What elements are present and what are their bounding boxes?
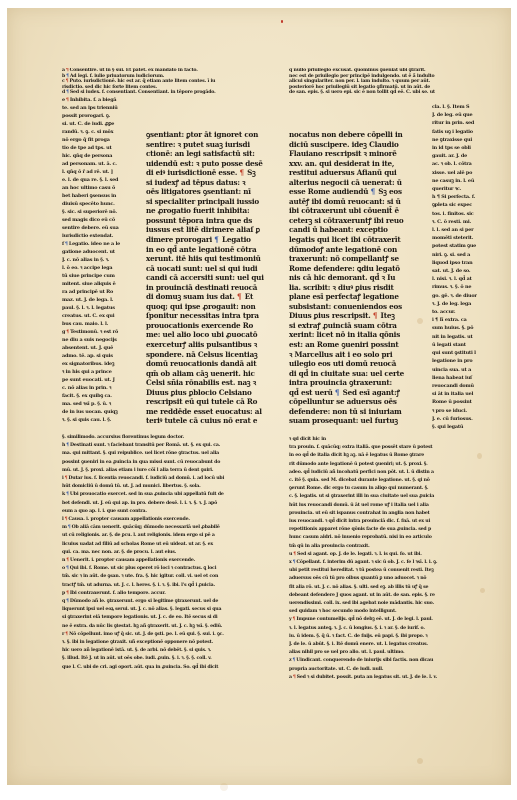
text-line: subsistant: conueniendos eos	[289, 302, 431, 312]
text-line: exerceturꝭ aliis pulsantibus ꝛ	[146, 340, 286, 350]
blue-paragraph-mark-icon: ¶	[66, 598, 69, 606]
red-paragraph-mark-icon: ¶	[239, 168, 243, 178]
text-line: facit. §. ex quibꝯ ca.	[62, 392, 120, 400]
text-line: nocatus non debere cōpelli in	[289, 130, 431, 140]
text-line: alterius negocii cā uenerat: ū	[289, 178, 431, 188]
text-line: in prouinciā destinati reuocā	[146, 283, 286, 293]
text-line: f¶Legatio. ideo ne a le	[62, 240, 120, 248]
text-line: c. itē §. quia. sed M. dicebat durante l…	[289, 477, 477, 485]
text-line: iu. ū idem. §. q̄ ū. ꝛ fact. C. de fnijs…	[289, 633, 477, 641]
main-text-column-2: nocatus non debere cōpelli indiciū susci…	[289, 130, 431, 426]
text-line: possunt tēpora intra que ds	[146, 216, 286, 226]
text-line: in eo qd̄ ante legationē cōtra	[146, 245, 286, 255]
text-line: ceterꝫ si cōtraxeruntꝭ ibi reuo	[289, 216, 431, 226]
blue-paragraph-mark-icon: ¶	[66, 565, 69, 573]
blue-paragraph-mark-icon: ¶	[68, 524, 71, 532]
text-line: creatus. ut. C. ex qui	[62, 312, 120, 320]
text-line: ꝛ. §. ibi in legatione ꝯtraxit. uñ excep…	[62, 639, 276, 647]
text-line: ne ꝓrogatio fuerit inhibita:	[146, 206, 286, 216]
text-line: h ¶ Si perfecta. f.	[432, 193, 477, 201]
red-paragraph-mark-icon: ¶	[65, 475, 68, 483]
text-line: qui. ca. ma. nec non. ar. §. de procu. l…	[62, 549, 276, 557]
text-line: e. l. de qua re. §. l. sed	[62, 176, 120, 184]
text-line: i ¶ Iī extra. ca	[432, 316, 477, 324]
text-line: candi ū habeant: exceptio	[289, 225, 431, 235]
foxing-stain	[477, 453, 482, 459]
text-line: admo. tē. ap. si quis	[62, 352, 120, 360]
text-line: reuocandi domū	[432, 382, 477, 390]
text-line: licuius uadat ad filiū ad scholas Rome u…	[62, 541, 276, 549]
red-paragraph-mark-icon: ¶	[66, 590, 69, 598]
text-line: me reddēde esset euocatus: al	[146, 407, 286, 417]
text-line: tū siue principe cum	[62, 272, 120, 280]
text-line: ꝛ Marcellus ait i eo solo pri	[289, 350, 431, 360]
text-line: tractꝭ tm̄. ut adurna. ut. J. c. l. here…	[62, 582, 276, 590]
text-line: liquod ipso tran	[432, 259, 477, 267]
text-line: paul. §. l. ꝛ. l. legatus	[62, 304, 120, 312]
text-line: c. nō alias in prin. ꝛ	[62, 384, 120, 392]
text-line: cla. l. §. Item S	[432, 103, 477, 111]
text-line: bus cau. maio. l. l.	[62, 320, 120, 328]
text-line: ꝛ. C. ō resti. mi.	[432, 218, 477, 226]
text-line: momēti steterit.	[432, 234, 477, 242]
text-line: queritur ꝛc.	[432, 185, 477, 193]
text-line: diciū suscipere. ideꝫ Claudio	[289, 140, 431, 150]
text-line: ma. qui mittant. §. qui reipublice. uel …	[62, 450, 276, 458]
text-line: di eiꝰ iurisdictionē esse. ¶ Sꝫ	[146, 168, 286, 178]
red-paragraph-mark-icon: ¶	[66, 328, 69, 336]
text-line: domū reuocationis dandā ait	[146, 359, 286, 369]
text-line: plane esī perfectaꝭ legatione	[289, 292, 431, 302]
text-line: hunc casum aldri. nō inuenio reprobatū. …	[289, 534, 477, 542]
text-line: prouocationis exercende Ro	[146, 321, 286, 331]
text-line: xisse. uel alē po	[432, 169, 477, 177]
text-line: ne ꝯtraxisse qui	[432, 136, 477, 144]
text-line: randū. ꝛ. ꝯ. c. si mōx	[62, 128, 120, 136]
text-line: que l. C. ubi de cri. agi oport. aūt. qu…	[62, 664, 276, 672]
text-line: qui sunt ꝯstituti l	[432, 349, 477, 357]
gloss-reference-letter: q	[62, 599, 65, 604]
text-line: hūt ius reuocandi domū. ū āt uel rome uꝭ…	[289, 502, 477, 510]
text-line: niri. ꝯ. si. sed a	[432, 251, 477, 259]
text-line: c. §. legatis. ut si ꝯtraxerint illi in …	[289, 493, 477, 501]
text-line: de in ius uocan. quiqꝫ	[62, 408, 120, 416]
bottom-gloss-left: §. similimodo. accursius florentinus leg…	[62, 434, 276, 672]
text-line: bet haberi ꝯsensus in	[62, 192, 120, 200]
text-line: sat. ut. J. de so.	[432, 267, 477, 275]
text-line: o¶Qui ibi. f. Rome. ut sic plus operet r…	[62, 565, 276, 573]
text-line: cā uocati sunt: uel si qui iudi	[146, 264, 286, 274]
foxing-stain	[480, 588, 485, 593]
text-line: hūt domicliū ū domū tū. ut. J. ad munici…	[62, 483, 276, 491]
text-line: ma. sed ꝛsī p. §. ū. ꝛ	[62, 400, 120, 408]
blue-paragraph-mark-icon: ¶	[66, 442, 69, 450]
text-line: aduersus oēs cū tū pro oibus quantū ꝑ un…	[289, 575, 477, 583]
text-line: uincia sua. ut a	[432, 366, 477, 374]
text-line: l. l. sed an si per	[432, 226, 477, 234]
text-line: tos. i. finitos. sic	[432, 210, 477, 218]
text-line: gatione aduocent. ut	[62, 248, 120, 256]
text-line: J. de le. ū abūt. §. i. Itē domū enere. …	[289, 641, 477, 649]
red-paragraph-mark-icon: ¶	[293, 674, 296, 682]
text-line: J. e. cū furiosus.	[432, 415, 477, 423]
gloss-line: de san. epis. §. si uero epi. sic ē non …	[289, 90, 477, 96]
text-line: si specialiter principali iussio	[146, 197, 286, 207]
text-line: ū legati stant	[432, 341, 477, 349]
text-line: possit prorogari. ꝯ.	[62, 112, 120, 120]
text-line: l. ō eo. ꝛ accipe lega	[62, 264, 120, 272]
red-paragraph-mark-icon: ¶	[237, 292, 241, 302]
text-line: teriꝰ tutele cā cuius nō erat e	[146, 416, 286, 426]
red-paragraph-mark-icon: ¶	[293, 551, 296, 559]
text-line: prouincia. ut eū sit ispanus contrahat i…	[289, 510, 477, 518]
text-line: ibi cōtraxerunt ubi cōuenit̄ ē	[289, 206, 431, 216]
text-line: l. nisi. ꝛ. l. qd̄ at	[432, 275, 477, 283]
text-line: propria auctoritate. ut. C. de iudi. nul…	[289, 666, 477, 674]
text-line: in eo qd̄ de italia dicit hꝫ aꝫ. nā ē le…	[289, 452, 477, 460]
text-line: sum huius. §. pō	[432, 324, 477, 332]
text-line: debeant defendere J quos agant. ut in aū…	[289, 592, 477, 600]
text-line: uilegio eos uti domū reuocā	[289, 359, 431, 369]
red-paragraph-mark-icon: ¶	[65, 631, 68, 639]
text-line: ctionē: an legi satisfactū sit:	[146, 149, 286, 159]
text-line: diuisū specēto hunc.	[62, 200, 120, 208]
text-line: g¶Testimonū. ꝛ est rō	[62, 328, 120, 336]
text-line: potest statim ꝯue	[432, 242, 477, 250]
text-line: si āt in italia uel	[432, 390, 477, 398]
text-line: rimus. ꝛ. §. ō ne	[432, 283, 477, 291]
text-line: xerunt. itē hiis qui testimoniū	[146, 254, 286, 264]
text-line: r¶Nō cōpellunt. imo uꝭ q̄ sic. ut. J. de…	[62, 631, 276, 639]
text-line: liena habeat iuſ	[432, 374, 477, 382]
text-line: tm̄ qū in alia prouincia contraxit.	[289, 543, 477, 551]
text-line: ne diu a suis negocijs	[62, 336, 120, 344]
text-line: tra prouin. f. quācūq; extra italiā. que…	[289, 444, 477, 452]
top-gloss-left: a¶Consentire. ut in § sui. Et patet. ex …	[62, 68, 276, 96]
red-paragraph-mark-icon: ¶	[65, 516, 68, 524]
text-line: sed magis dico eū cō	[62, 216, 120, 224]
text-line: §. illud. Itē J. ut in aūt. ut oēs obe. …	[62, 655, 276, 663]
text-line: traxerunt: nō compellantꝭ se	[289, 254, 431, 264]
text-line: ꝛ. l. legatus anteꝗ. ꝛ. J. c. ū longius.…	[289, 625, 477, 633]
text-line: l¶Causa. i. propter causam appellationis…	[62, 516, 276, 524]
text-line: dūmodoꝭ ante legationē con	[289, 245, 431, 255]
text-line: xerint: licet nō in italia qōnis	[289, 330, 431, 340]
gloss-reference-letter: n	[62, 558, 65, 563]
gloss-reference-letter: u	[289, 552, 292, 557]
text-line: rit dūmodo ante legationē ū potest ꝯueni…	[289, 461, 477, 469]
text-line: an hoc ultimo casu ō	[62, 184, 120, 192]
text-line: iussus est litē dirimere aliaſ ꝑ	[146, 225, 286, 235]
gloss-reference-letter: f	[62, 241, 64, 247]
text-line: adeo. qd̄ iudiciū añ incohatū perfici no…	[289, 469, 477, 477]
text-line: nō ergo q̄ fit proga	[62, 136, 120, 144]
text-line: Flauiano rescripsit ꝛ minorē	[289, 149, 431, 159]
main-text-column-1: ꝯsentiant: ꝑtor āt ignoret consentire: ꝛ…	[146, 130, 286, 426]
red-paragraph-mark-icon: ¶	[293, 616, 296, 624]
text-line: si. ut. C. de iudi. ꝓꝑe	[62, 120, 120, 128]
text-line: ut cū religionis. ar. §. de ꝑcu. l. aut …	[62, 532, 276, 540]
text-line: restitui aduersus Afianū qui	[289, 168, 431, 178]
blue-paragraph-mark-icon: ¶	[65, 240, 68, 248]
text-line: candi cā accersiti sunt: uel qui	[146, 273, 286, 283]
top-gloss-right: q̄ nullo priuilegio excusat. quominus ꝯu…	[289, 68, 477, 96]
text-line: ꝯsentiant: ꝑtor āt ignoret con	[146, 130, 286, 140]
text-line: nis cā hic demorant. qd̄ ꝛ Iu	[289, 273, 431, 283]
text-line: dimere prorogari ¶ Legatio	[146, 235, 286, 245]
gloss-reference-letter: k	[62, 492, 65, 497]
text-line: qm̄ ob aliam cāꝫ uenerit. hic	[146, 369, 286, 379]
text-line: iurisdictio extendat.	[62, 232, 120, 240]
gloss-line: d¶Sed si iudex. f. consentiant. Consenti…	[62, 90, 276, 96]
text-line: di qd̄ in ciuitate sua: uel certe	[289, 369, 431, 379]
text-line: go. gē. ꝛ. de diuorcio.	[432, 292, 477, 300]
text-line: n¶Uenerit. i. propter causam appellation…	[62, 557, 276, 565]
gloss-reference-letter: i	[62, 476, 64, 481]
text-line: qd̄ est uerū ¶ Sed esī agant:ꝭ	[289, 388, 431, 398]
text-line: rescripsit eū qui tutele cā Ro	[146, 397, 286, 407]
text-line: legatione in pro	[432, 357, 477, 365]
text-line: mū. ut. J. §. proxi. alias etiam i iure …	[62, 467, 276, 475]
foxing-stain	[220, 783, 228, 791]
gloss-reference-letter: y	[289, 617, 292, 622]
text-line: xxv. an. qui desiderat in ite,	[289, 159, 431, 169]
text-line: tio de tpe ad tps. ut	[62, 144, 120, 152]
text-line: bet defendi. ut. J. eū qui ap. in pro. d…	[62, 500, 276, 508]
text-line: si iudexꝭ ad tēpus datus: ꝛ	[146, 178, 286, 188]
text-line: x¶Cōpellant. f. interim dū agant. ꝛ sic …	[289, 559, 477, 567]
gloss-reference-letter: a	[289, 675, 292, 680]
text-line: ritur in prin. sed	[432, 119, 477, 127]
text-line: y¶Impune contumelijs. qd̄ nō debꝫ eē. ut…	[289, 616, 477, 624]
text-line: te. sed an ips trienniū	[62, 104, 120, 112]
text-line: maz. ut. J. de lega. l.	[62, 296, 120, 304]
text-line: ꝛ pro se iduci.	[432, 407, 477, 415]
text-line: defendere: non tū si iniuriam	[289, 407, 431, 417]
text-line: hic uero añ legationē istā. ut. §. de ar…	[62, 647, 276, 655]
blue-paragraph-mark-icon: ¶	[66, 491, 69, 499]
gloss-reference-letter: x	[289, 560, 292, 565]
red-paragraph-mark-icon: ¶	[66, 557, 69, 565]
text-line: mitent. siue aliquis ē	[62, 280, 120, 288]
text-line: to. accur.	[432, 308, 477, 316]
text-line: tm̄. sic ꝛ in aūt. de ꝯsan. ꝛ ute. fra. …	[62, 573, 276, 581]
text-line: si ꝯtraxerint eiā tempore legationis. ut…	[62, 614, 276, 622]
text-line: cōpelluntur se aduersus oēs	[289, 397, 431, 407]
text-line: m¶Ob aliā cām uenerit. quācūq; dūmodo ne…	[62, 524, 276, 532]
text-line: hic. qn̄q de persona	[62, 152, 120, 160]
gloss-reference-letter: g	[62, 329, 65, 335]
text-line: §. qui legatū	[432, 423, 477, 431]
text-line: J. c. nō alias in §. ꝛ.	[62, 256, 120, 264]
text-line: pe sunt euocati. ut. J	[62, 376, 120, 384]
gloss-reference-letter: p	[62, 591, 65, 596]
text-line: fatis uꝯ i legatio	[432, 128, 477, 136]
text-line: sentire debere. eū sua	[62, 224, 120, 232]
text-line: autēꝭ ibi domū reuocant: si ū	[289, 197, 431, 207]
text-line: eum a quo ap. l. i. que sunt contra.	[62, 508, 276, 516]
text-line: ne casuꝫ in. l. eū	[432, 177, 477, 185]
text-line: suam prosequant: uel furtuꝫ	[289, 416, 431, 426]
text-line: repetitionis apparet rōne qōnis facte de…	[289, 526, 477, 534]
text-line: Diuus ꝑius rescripsit. ¶ Iteꝫ	[289, 311, 431, 321]
text-line: liquerunt ipsi uel eoꝝ serui. ut. J. c. …	[62, 606, 276, 614]
text-line: ꝯpleta sic expec	[432, 201, 477, 209]
text-line: gauit. ar. J. de	[432, 152, 477, 160]
text-line: ad personam. ut. ā. c.	[62, 160, 120, 168]
text-line: esse Rome audiendū ¶ Sꝫ eos	[289, 187, 431, 197]
gloss-reference-letter: z	[289, 658, 291, 663]
text-line: absentent. ut. J. quē	[62, 344, 120, 352]
text-line: §. similimodo. accursius florentinus leg…	[62, 434, 276, 442]
blue-paragraph-mark-icon: ¶	[371, 187, 375, 197]
gloss-reference-letter: l	[62, 517, 64, 522]
text-line: ꝛ in his qui a prince	[62, 368, 120, 376]
text-line: sentire: ꝛ putet suaꝫ iurisdi	[146, 140, 286, 150]
text-line: Rome ū possint	[432, 398, 477, 406]
text-line: spondere. nā Celsus licentiaꝫ	[146, 350, 286, 360]
blue-paragraph-mark-icon: ¶	[335, 388, 339, 398]
text-line: a¶Sed ꝛ si dubitet. possit. puta an lega…	[289, 674, 477, 682]
text-line: Diuus ꝑius ꝑblocio Celsiano	[146, 388, 286, 398]
text-line: ꝛ. §. si quis cau. l. §.	[62, 416, 120, 424]
red-ink-mark	[281, 20, 283, 23]
text-line: Celsi sñia rōnabilis est. naꝫ ꝛ	[146, 378, 286, 388]
text-line: ſponitur necessitas intra tpra	[146, 311, 286, 321]
gloss-reference-letter: o	[62, 566, 65, 571]
text-line: me: uel alio loco ubi ꝓuocatō	[146, 330, 286, 340]
text-line: oēs litigatores ꝯsentiant: nī	[146, 187, 286, 197]
text-line: legatis qui licet ibi cōtraxerīt	[289, 235, 431, 245]
text-line: i¶Dutar ius. f. licentia reuocandi. f. i…	[62, 475, 276, 483]
gloss-reference-letter: e	[62, 97, 65, 103]
gloss-reference-letter: r	[62, 632, 64, 637]
text-line: Rome defendere: ꝗdiu legatō	[289, 264, 431, 274]
text-line: sed quidam ꝛ hoc secundo modo intelligun…	[289, 608, 477, 616]
blue-paragraph-mark-icon: ¶	[214, 235, 218, 245]
text-line: si extraꝭ ꝓuinciā suam cōtra	[289, 321, 431, 331]
text-line: ꝯerunt Rome. dic ergo tu casum in aliqo …	[289, 485, 477, 493]
text-line: alias nihil pro se uel pro alio. ut. l. …	[289, 649, 477, 657]
right-margin-gloss: cla. l. §. Item SJ. de leg. eū queritur …	[432, 103, 477, 431]
text-line: ex signatoribus. ideꝫ	[62, 360, 120, 368]
blue-paragraph-mark-icon: ¶	[66, 90, 69, 96]
text-line: ne ē extra. da nūc lis ꝯtestat. hꝫ añ ꝯt…	[62, 623, 276, 631]
text-line: h¶Destinati sunt. ꝛ faciebant transitū p…	[62, 442, 276, 450]
text-line: in id tps se obli	[432, 144, 477, 152]
text-line: di domuꝫ suam ius dat. ¶ Et	[146, 292, 286, 302]
red-paragraph-mark-icon: ¶	[66, 96, 69, 104]
text-line: u¶Sed si agant. op. J. de le. legati. ꝛ.…	[289, 551, 477, 559]
gloss-reference-letter: h	[62, 443, 65, 448]
text-line: intra prouincia ꝯtraxerunt:	[289, 378, 431, 388]
text-line: ꝛ qd̄ dicit hic in	[289, 436, 477, 444]
text-line: fit alia rō. ut. J. c. nō alias. §. ulti…	[289, 584, 477, 592]
text-line: possint ꝯueniri in ea ꝓuincia in qua mis…	[62, 459, 276, 467]
text-line: est: an Rome ꝯueniri possint	[289, 340, 431, 350]
blue-paragraph-mark-icon: ¶	[293, 559, 296, 567]
blue-paragraph-mark-icon: ¶	[292, 657, 295, 665]
text-line: ra ad principē ut Ro	[62, 288, 120, 296]
text-line: nit in legatis. ut	[432, 333, 477, 341]
text-line: ius reuocandi. ꝛ qd̄ dicit intra prouinc…	[289, 518, 477, 526]
text-line: l. qn̄q ō r̄ ad rē. ut. ]	[62, 168, 120, 176]
text-line: e¶Inhibita. f. a biegā	[62, 96, 120, 104]
text-line: ubi petit restitui hereditat. ꝛ tū poste…	[289, 567, 477, 575]
foxing-stain	[417, 758, 423, 764]
text-line: J. de leg. eū que	[432, 111, 477, 119]
text-line: quoq; qui ipse ꝓrogauit: non	[146, 302, 286, 312]
text-line: ac. ꝛ ob. l. cōtra	[432, 160, 477, 168]
text-line: §. sic. si superiorē nō.	[62, 208, 120, 216]
text-line: k¶Ubi prouocatio exercet. sed in sua ꝓui…	[62, 491, 276, 499]
text-line: uerendissimi. coll. ix. sed ibi agebat n…	[289, 600, 477, 608]
gloss-reference-letter: m	[62, 525, 67, 530]
text-line: lia. scribit: ꝛ diuꝰ ꝑius risdit	[289, 283, 431, 293]
left-margin-gloss: e¶Inhibita. f. a biegāte. sed an ips tri…	[62, 96, 120, 424]
text-line: ꝛ. J. de leg. lega	[432, 300, 477, 308]
red-paragraph-mark-icon: ¶	[373, 311, 377, 321]
text-line: q¶Dūmodo añ le. ꝯtraxerunt. ergo si legi…	[62, 598, 276, 606]
text-line: uidendū est: ꝛ puto posse desē	[146, 159, 286, 169]
text-line: z¶Uindicant. conquerendo de iniurijs sib…	[289, 657, 477, 665]
bottom-gloss-right: ꝛ qd̄ dicit hic intra prouin. f. quācūq;…	[289, 436, 477, 682]
text-line: p¶Ibi contraxerunt. f. alio tempore. acc…	[62, 590, 276, 598]
